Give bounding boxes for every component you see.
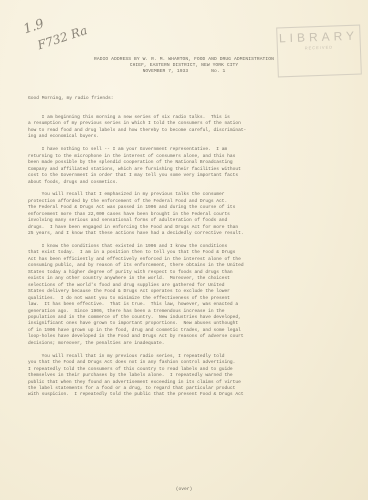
text-line: decisions; moreover, the penalties are i… [28, 341, 344, 347]
stamp-title: LIBRARY [277, 29, 359, 46]
paragraph-3: You will recall that I emphasized in my … [28, 192, 344, 237]
paragraph-4: I know the conditions that existed in 19… [28, 244, 344, 347]
document-body: I am beginning this morning a new series… [28, 115, 344, 405]
text-line: with suspicion. I repeatedly told the pu… [28, 392, 344, 398]
text-line: ing and economical buyers. [28, 134, 344, 140]
text-line: 25 years, and I know that these actions … [28, 231, 344, 237]
header-line-3: NOVEMBER 7, 1933 No. 1 [0, 69, 368, 75]
handwritten-classification: 1.9 [22, 18, 46, 37]
document-page: 1.9 F732 Ra LIBRARY RECEIVED RADIO ADDRE… [0, 0, 368, 500]
salutation: Good Morning, my radio friends: [28, 96, 113, 101]
text-line: about foods, drugs and cosmetics. [28, 180, 344, 186]
paragraph-1: I am beginning this morning a new series… [28, 115, 344, 141]
page-footer-over: (over) [0, 487, 368, 492]
paragraph-2: I have nothing to sell -- I am your Gove… [28, 147, 344, 186]
document-header: RADIO ADDRESS BY W. R. M. WHARTON, FOOD … [0, 57, 368, 75]
paragraph-5: You will recall that in my previous radi… [28, 354, 344, 399]
